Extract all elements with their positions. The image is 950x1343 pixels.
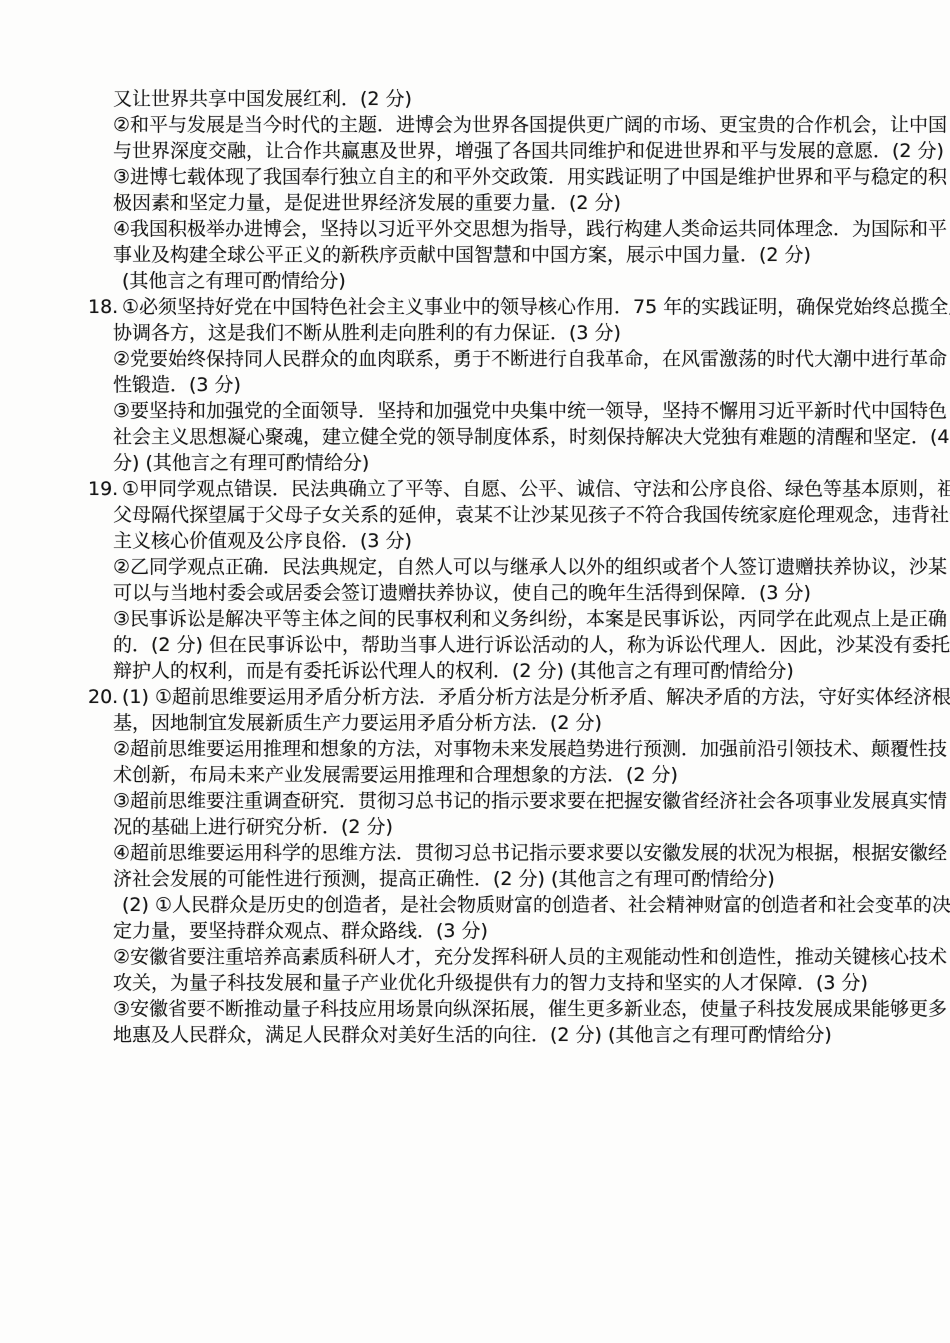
answer-line-text: ②超前思维要运用推理和想象的方法，对事物未来发展趋势进行预测．加强前沿引领技术、… [113,738,947,760]
answer-line-text: ④我国积极举办进博会，坚持以习近平外交思想为指导，践行构建人类命运共同体理念．为… [113,218,947,240]
answer-line-text: ②安徽省要注重培养高素质科研人才，充分发挥科研人员的主观能动性和创造性，推动关键… [113,946,947,968]
answer-line: 基，因地制宜发展新质生产力要运用矛盾分析方法．(2 分) [113,710,893,736]
answer-line: 18.①必须坚持好党在中国特色社会主义事业中的领导核心作用．75 年的实践证明，… [113,294,893,320]
answer-line-text: 基，因地制宜发展新质生产力要运用矛盾分析方法．(2 分) [113,712,602,734]
answer-line: 社会主义思想凝心聚魂，建立健全党的领导制度体系，时刻保持解决大党独有难题的清醒和… [113,424,893,450]
answer-line-text: ②乙同学观点正确．民法典规定，自然人可以与继承人以外的组织或者个人签订遗赠扶养协… [113,556,947,578]
answer-line: 况的基础上进行研究分析．(2 分) [113,814,893,840]
answer-line: 济社会发展的可能性进行预测，提高正确性．(2 分) (其他言之有理可酌情给分) [113,866,893,892]
answer-line: 又让世界共享中国发展红利．(2 分) [113,86,893,112]
answer-line-text: (1) ①超前思维要运用矛盾分析方法．矛盾分析方法是分析矛盾、解决矛盾的方法，守… [122,686,950,708]
answer-line-text: 攻关，为量子科技发展和量子产业优化升级提供有力的智力支持和坚实的人才保障．(3 … [113,972,868,994]
answer-line: 与世界深度交融，让合作共赢惠及世界，增强了各国共同维护和促进世界和平与发展的意愿… [113,138,893,164]
answer-line: 攻关，为量子科技发展和量子产业优化升级提供有力的智力支持和坚实的人才保障．(3 … [113,970,893,996]
answer-line: 协调各方，这是我们不断从胜利走向胜利的有力保证．(3 分) [113,320,893,346]
answer-block-18: 18.①必须坚持好党在中国特色社会主义事业中的领导核心作用．75 年的实践证明，… [113,294,893,476]
question-number: 20. [88,684,122,710]
answer-line-text: ③民事诉讼是解决平等主体之间的民事权利和义务纠纷，本案是民事诉讼，丙同学在此观点… [113,608,947,630]
answer-line: 20.(1) ①超前思维要运用矛盾分析方法．矛盾分析方法是分析矛盾、解决矛盾的方… [113,684,893,710]
answer-line: ④我国积极举办进博会，坚持以习近平外交思想为指导，践行构建人类命运共同体理念．为… [113,216,893,242]
answer-line: ②和平与发展是当今时代的主题．进博会为世界各国提供更广阔的市场、更宝贵的合作机会… [113,112,893,138]
question-number: 19. [88,476,122,502]
answer-line-text: 地惠及人民群众，满足人民群众对美好生活的向往．(2 分) (其他言之有理可酌情给… [113,1024,832,1046]
answer-line-text: (2) ①人民群众是历史的创造者，是社会物质财富的创造者、社会精神财富的创造者和… [122,894,950,916]
answer-block-17-continued: 又让世界共享中国发展红利．(2 分) ②和平与发展是当今时代的主题．进博会为世界… [113,86,893,294]
answer-line: (2) ①人民群众是历史的创造者，是社会物质财富的创造者、社会精神财富的创造者和… [113,892,893,918]
answer-line-text: 分) (其他言之有理可酌情给分) [113,452,369,474]
answer-line-text: ③要坚持和加强党的全面领导．坚持和加强党中央集中统一领导，坚持不懈用习近平新时代… [113,400,947,422]
answer-line-text: 极因素和坚定力量，是促进世界经济发展的重要力量．(2 分) [113,192,621,214]
answer-line-text: ④超前思维要运用科学的思维方法．贯彻习总书记指示要求要以安徽发展的状况为根据，根… [113,842,947,864]
answer-line: 术创新，布局未来产业发展需要运用推理和合理想象的方法．(2 分) [113,762,893,788]
answer-line-text: 社会主义思想凝心聚魂，建立健全党的领导制度体系，时刻保持解决大党独有难题的清醒和… [113,426,950,448]
answer-line-text: 定力量，要坚持群众观点、群众路线．(3 分) [113,920,488,942]
answer-line-text: ③进博七载体现了我国奉行独立自主的和平外交政策．用实践证明了中国是维护世界和平与… [113,166,947,188]
answer-line-text: 主义核心价值观及公序良俗．(3 分) [113,530,412,552]
answer-line: 分) (其他言之有理可酌情给分) [113,450,893,476]
answer-line: (其他言之有理可酌情给分) [113,268,893,294]
answer-line-text: 济社会发展的可能性进行预测，提高正确性．(2 分) (其他言之有理可酌情给分) [113,868,775,890]
answer-line-text: 术创新，布局未来产业发展需要运用推理和合理想象的方法．(2 分) [113,764,678,786]
answer-line: 父母隔代探望属于父母子女关系的延伸，袁某不让沙某见孩子不符合我国传统家庭伦理观念… [113,502,893,528]
answer-line-text: 的．(2 分) 但在民事诉讼中，帮助当事人进行诉讼活动的人，称为诉讼代理人．因此… [113,634,950,656]
answer-line: ②乙同学观点正确．民法典规定，自然人可以与继承人以外的组织或者个人签订遗赠扶养协… [113,554,893,580]
answer-line-text: 又让世界共享中国发展红利．(2 分) [113,88,412,110]
answer-line-text: (其他言之有理可酌情给分) [122,270,346,292]
answer-line: ②安徽省要注重培养高素质科研人才，充分发挥科研人员的主观能动性和创造性，推动关键… [113,944,893,970]
answer-line-text: ①必须坚持好党在中国特色社会主义事业中的领导核心作用．75 年的实践证明，确保党… [122,296,950,318]
answer-line-text: 性锻造．(3 分) [113,374,241,396]
answer-line-text: 况的基础上进行研究分析．(2 分) [113,816,393,838]
answer-line: 定力量，要坚持群众观点、群众路线．(3 分) [113,918,893,944]
answer-line-text: ②和平与发展是当今时代的主题．进博会为世界各国提供更广阔的市场、更宝贵的合作机会… [113,114,947,136]
answer-line: ②超前思维要运用推理和想象的方法，对事物未来发展趋势进行预测．加强前沿引领技术、… [113,736,893,762]
answer-line-text: ②党要始终保持同人民群众的血肉联系，勇于不断进行自我革命，在风雷激荡的时代大潮中… [113,348,947,370]
answer-line: ③要坚持和加强党的全面领导．坚持和加强党中央集中统一领导，坚持不懈用习近平新时代… [113,398,893,424]
answer-line: 事业及构建全球公平正义的新秩序贡献中国智慧和中国方案，展示中国力量．(2 分) [113,242,893,268]
answer-line: 可以与当地村委会或居委会签订遗赠扶养协议，使自己的晚年生活得到保障．(3 分) [113,580,893,606]
scanned-answer-page: 又让世界共享中国发展红利．(2 分) ②和平与发展是当今时代的主题．进博会为世界… [0,0,950,1343]
answer-line: ②党要始终保持同人民群众的血肉联系，勇于不断进行自我革命，在风雷激荡的时代大潮中… [113,346,893,372]
answer-line-text: 协调各方，这是我们不断从胜利走向胜利的有力保证．(3 分) [113,322,621,344]
answer-line-text: ①甲同学观点错误．民法典确立了平等、自愿、公平、诚信、守法和公序良俗、绿色等基本… [122,478,950,500]
answer-block-20: 20.(1) ①超前思维要运用矛盾分析方法．矛盾分析方法是分析矛盾、解决矛盾的方… [113,684,893,1048]
answer-line: 主义核心价值观及公序良俗．(3 分) [113,528,893,554]
answer-line: 的．(2 分) 但在民事诉讼中，帮助当事人进行诉讼活动的人，称为诉讼代理人．因此… [113,632,893,658]
answer-line: 地惠及人民群众，满足人民群众对美好生活的向往．(2 分) (其他言之有理可酌情给… [113,1022,893,1048]
answer-line: ③安徽省要不断推动量子科技应用场景向纵深拓展，催生更多新业态，使量子科技发展成果… [113,996,893,1022]
answer-line-text: ③超前思维要注重调查研究．贯彻习总书记的指示要求要在把握安徽省经济社会各项事业发… [113,790,947,812]
answer-line: 辩护人的权利，而是有委托诉讼代理人的权利．(2 分) (其他言之有理可酌情给分) [113,658,893,684]
answer-line: ③进博七载体现了我国奉行独立自主的和平外交政策．用实践证明了中国是维护世界和平与… [113,164,893,190]
answer-line-text: ③安徽省要不断推动量子科技应用场景向纵深拓展，催生更多新业态，使量子科技发展成果… [113,998,947,1020]
answer-line: 性锻造．(3 分) [113,372,893,398]
answer-line-text: 辩护人的权利，而是有委托诉讼代理人的权利．(2 分) (其他言之有理可酌情给分) [113,660,794,682]
answer-line: 极因素和坚定力量，是促进世界经济发展的重要力量．(2 分) [113,190,893,216]
answer-line-text: 事业及构建全球公平正义的新秩序贡献中国智慧和中国方案，展示中国力量．(2 分) [113,244,811,266]
answer-text-block: 又让世界共享中国发展红利．(2 分) ②和平与发展是当今时代的主题．进博会为世界… [113,86,893,1048]
question-number: 18. [88,294,122,320]
answer-block-19: 19.①甲同学观点错误．民法典确立了平等、自愿、公平、诚信、守法和公序良俗、绿色… [113,476,893,684]
answer-line-text: 父母隔代探望属于父母子女关系的延伸，袁某不让沙某见孩子不符合我国传统家庭伦理观念… [113,504,950,526]
answer-line: ③民事诉讼是解决平等主体之间的民事权利和义务纠纷，本案是民事诉讼，丙同学在此观点… [113,606,893,632]
answer-line-text: 可以与当地村委会或居委会签订遗赠扶养协议，使自己的晚年生活得到保障．(3 分) [113,582,811,604]
answer-line: ③超前思维要注重调查研究．贯彻习总书记的指示要求要在把握安徽省经济社会各项事业发… [113,788,893,814]
answer-line: 19.①甲同学观点错误．民法典确立了平等、自愿、公平、诚信、守法和公序良俗、绿色… [113,476,893,502]
answer-line-text: 与世界深度交融，让合作共赢惠及世界，增强了各国共同维护和促进世界和平与发展的意愿… [113,140,944,162]
answer-line: ④超前思维要运用科学的思维方法．贯彻习总书记指示要求要以安徽发展的状况为根据，根… [113,840,893,866]
